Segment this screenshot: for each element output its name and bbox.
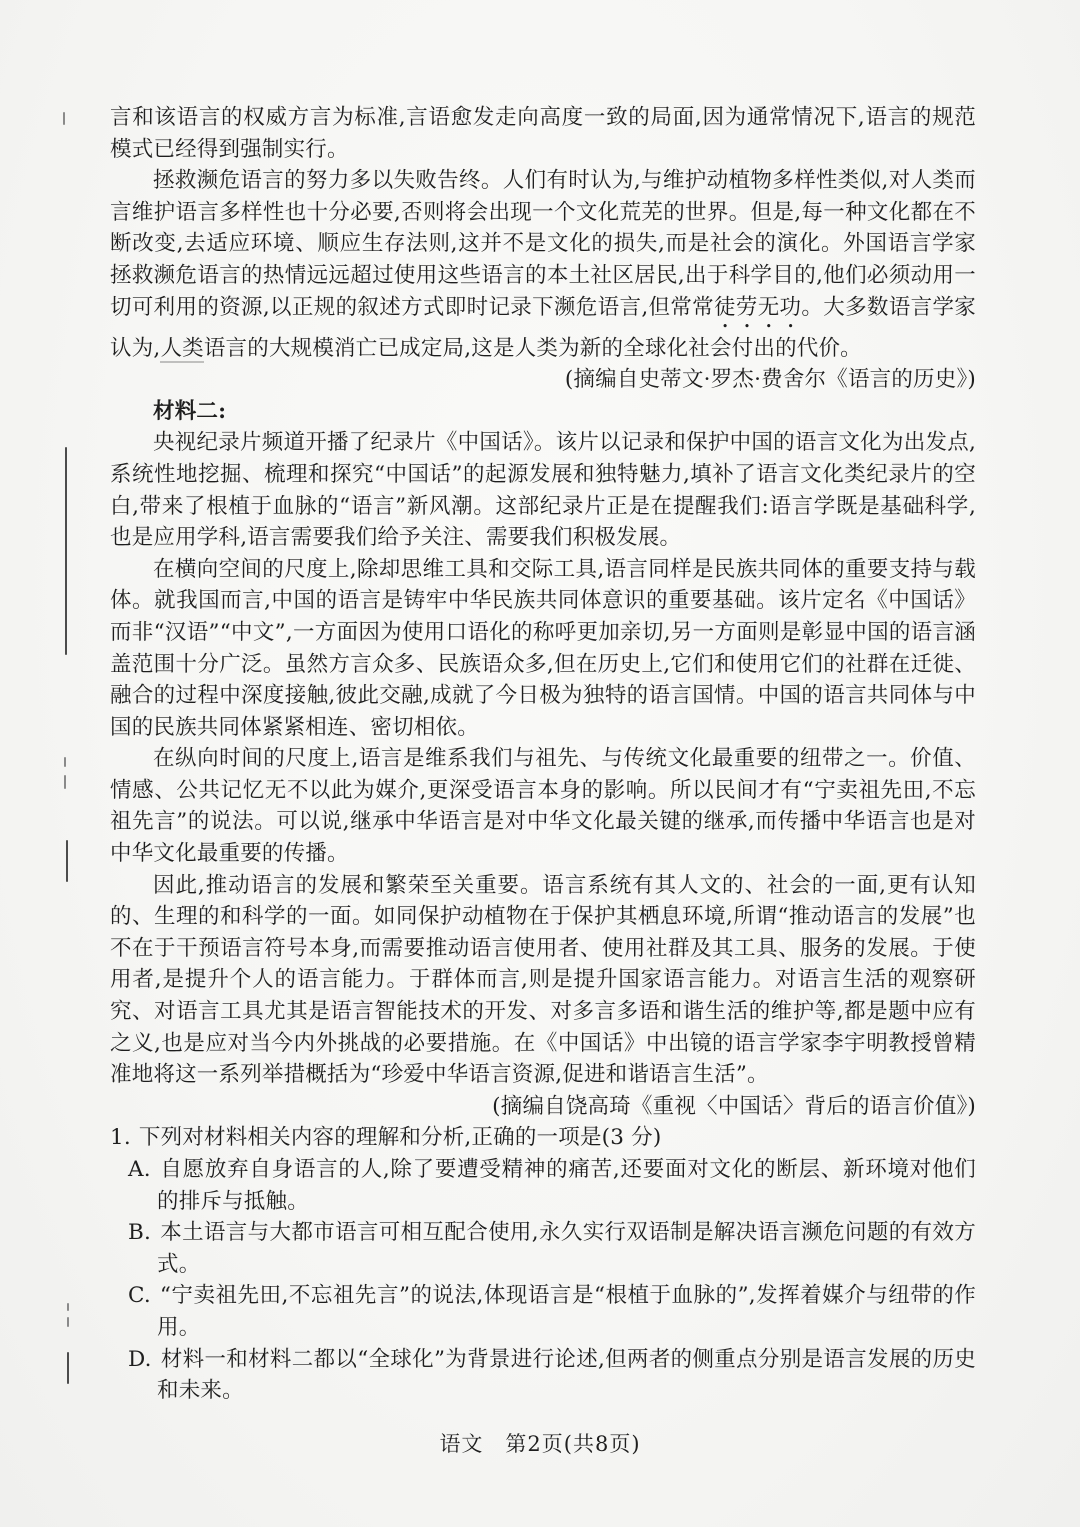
scan-artifact <box>65 447 67 655</box>
option-d-label: D. <box>128 1347 152 1372</box>
scan-artifact <box>64 757 66 767</box>
option-d-text: 材料一和材料二都以“全球化”为背景进行论述,但两者的侧重点分别是语言发展的历史和… <box>157 1347 976 1404</box>
option-a-text: 自愿放弃自身语言的人,除了要遭受精神的痛苦,还要面对文化的断层、新环境对他们的排… <box>157 1157 976 1214</box>
page-body: 言和该语言的权威方言为标准,言语愈发走向高度一致的局面,因为通常情况下,语言的规… <box>110 102 976 1407</box>
question-1-number: 1. <box>110 1122 131 1154</box>
scan-artifact <box>67 1303 69 1311</box>
scan-artifact <box>63 112 65 125</box>
option-b-text: 本土语言与大都市语言可相互配合使用,永久实行双语制是解决语言濒危问题的有效方式。 <box>157 1220 976 1277</box>
option-a-label: A. <box>128 1157 151 1182</box>
question-1: 1.下列对材料相关内容的理解和分析,正确的一项是(3 分) A.自愿放弃自身语言… <box>110 1122 976 1406</box>
option-d: D.材料一和材料二都以“全球化”为背景进行论述,但两者的侧重点分别是语言发展的历… <box>110 1344 976 1407</box>
scan-artifact <box>66 840 68 882</box>
option-c-label: C. <box>128 1283 151 1308</box>
material-one-continuation-paragraph: 言和该语言的权威方言为标准,言语愈发走向高度一致的局面,因为通常情况下,语言的规… <box>110 102 976 165</box>
question-1-stem-text: 下列对材料相关内容的理解和分析,正确的一项是(3 分) <box>139 1125 662 1150</box>
option-c: C.“宁卖祖先田,不忘祖先言”的说法,体现语言是“根植于血脉的”,发挥着媒介与纽… <box>110 1280 976 1343</box>
option-a: A.自愿放弃自身语言的人,除了要遭受精神的痛苦,还要面对文化的断层、新环境对他们… <box>110 1154 976 1217</box>
material-two-source: (摘编自饶高琦《重视〈中国话〉背后的语言价值》) <box>110 1091 976 1123</box>
page-footer: 语文 第2页(共8页) <box>0 1428 1080 1458</box>
material-two-paragraph-2: 在横向空间的尺度上,除却思维工具和交际工具,语言同样是民族共同体的重要支持与载体… <box>110 554 976 744</box>
option-c-text: “宁卖祖先田,不忘祖先言”的说法,体现语言是“根植于血脉的”,发挥着媒介与纽带的… <box>157 1283 976 1340</box>
material-two-paragraph-1: 央视纪录片频道开播了纪录片《中国话》。该片以记录和保护中国的语言文化为出发点,系… <box>110 427 976 553</box>
scan-artifact <box>67 1317 69 1327</box>
material-two-paragraph-4: 因此,推动语言的发展和繁荣至关重要。语言系统有其人文的、社会的一面,更有认知的、… <box>110 870 976 1091</box>
option-b-label: B. <box>128 1220 151 1245</box>
material-one-continuation-text: 言和该语言的权威方言为标准,言语愈发走向高度一致的局面,因为通常情况下,语言的规… <box>110 105 976 162</box>
material-two-paragraph-3: 在纵向时间的尺度上,语言是维系我们与祖先、与传统文化最重要的纽带之一。价值、情感… <box>110 743 976 869</box>
exam-page: 言和该语言的权威方言为标准,言语愈发走向高度一致的局面,因为通常情况下,语言的规… <box>0 0 1080 1527</box>
emphasis-dotted-text: 徒劳无功 <box>714 295 801 320</box>
material-one-paragraph: 拯救濒危语言的努力多以失败告终。人们有时认为,与维护动植物多样性类似,对人类而言… <box>110 165 976 364</box>
material-one-paragraph-text: 语言的大规模消亡已成定局,这是人类为新的全球化社会付出的代价。 <box>204 336 862 361</box>
material-one-source: (摘编自史蒂文·罗杰·费舍尔《语言的历史》) <box>110 364 976 396</box>
scan-artifact <box>67 1352 69 1384</box>
pencil-underlined-text: 人类 <box>160 336 203 363</box>
material-two-heading: 材料二: <box>110 396 976 428</box>
question-1-stem: 1.下列对材料相关内容的理解和分析,正确的一项是(3 分) <box>110 1122 976 1154</box>
scan-artifact <box>64 775 66 789</box>
option-b: B.本土语言与大都市语言可相互配合使用,永久实行双语制是解决语言濒危问题的有效方… <box>110 1217 976 1280</box>
